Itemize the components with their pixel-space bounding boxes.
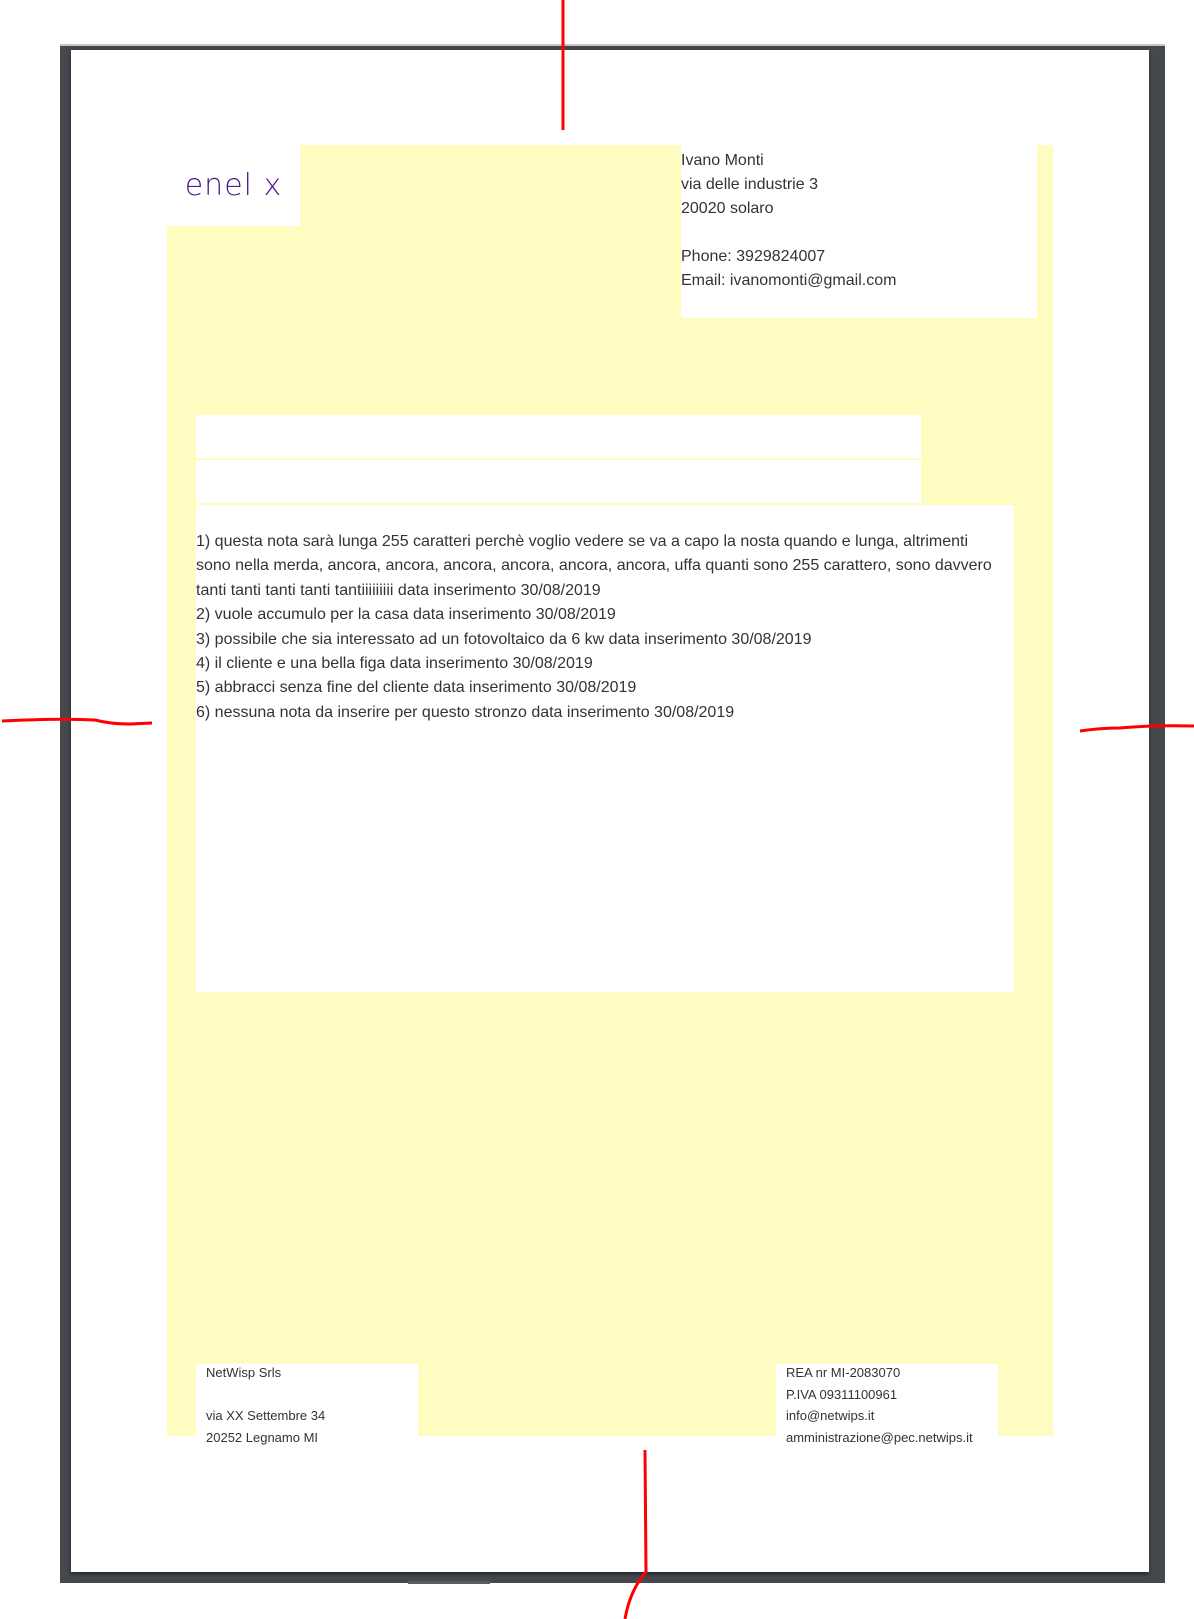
footer-right-block: REA nr MI-2083070 P.IVA 09311100961 info… bbox=[776, 1364, 998, 1436]
footer-piva: P.IVA 09311100961 bbox=[786, 1384, 973, 1406]
empty-field-2 bbox=[196, 460, 921, 503]
customer-phone: Phone: 3929824007 bbox=[681, 245, 1037, 269]
note-item: 5) abbracci senza fine del cliente data … bbox=[196, 676, 1014, 700]
footer-pec: amministrazione@pec.netwips.it bbox=[786, 1427, 973, 1449]
footer-rea: REA nr MI-2083070 bbox=[786, 1362, 973, 1384]
customer-name: Ivano Monti bbox=[681, 149, 1037, 173]
logo-box: enel x bbox=[167, 145, 300, 226]
notes-block: 1) questa nota sarà lunga 255 caratteri … bbox=[196, 505, 1014, 992]
spacer bbox=[681, 221, 1037, 245]
customer-address-block: Ivano Monti via delle industrie 3 20020 … bbox=[681, 145, 1037, 318]
page-indicator bbox=[408, 1581, 490, 1584]
note-item: 6) nessuna nota da inserire per questo s… bbox=[196, 701, 1014, 725]
note-item: 3) possibile che sia interessato ad un f… bbox=[196, 628, 1014, 652]
footer-company: NetWisp Srls bbox=[206, 1362, 325, 1384]
empty-field-1 bbox=[196, 415, 921, 458]
footer-street: via XX Settembre 34 bbox=[206, 1405, 325, 1427]
customer-city: 20020 solaro bbox=[681, 197, 1037, 221]
customer-email: Email: ivanomonti@gmail.com bbox=[681, 269, 1037, 293]
footer-email: info@netwips.it bbox=[786, 1405, 973, 1427]
note-item: 4) il cliente e una bella figa data inse… bbox=[196, 652, 1014, 676]
enel-x-logo: enel x bbox=[185, 168, 283, 203]
customer-street: via delle industrie 3 bbox=[681, 173, 1037, 197]
spacer bbox=[206, 1384, 325, 1406]
footer-city: 20252 Legnamo MI bbox=[206, 1427, 325, 1449]
note-item: 2) vuole accumulo per la casa data inser… bbox=[196, 603, 1014, 627]
note-item: 1) questa nota sarà lunga 255 caratteri … bbox=[196, 530, 1014, 603]
footer-left-block: NetWisp Srls via XX Settembre 34 20252 L… bbox=[196, 1364, 418, 1436]
